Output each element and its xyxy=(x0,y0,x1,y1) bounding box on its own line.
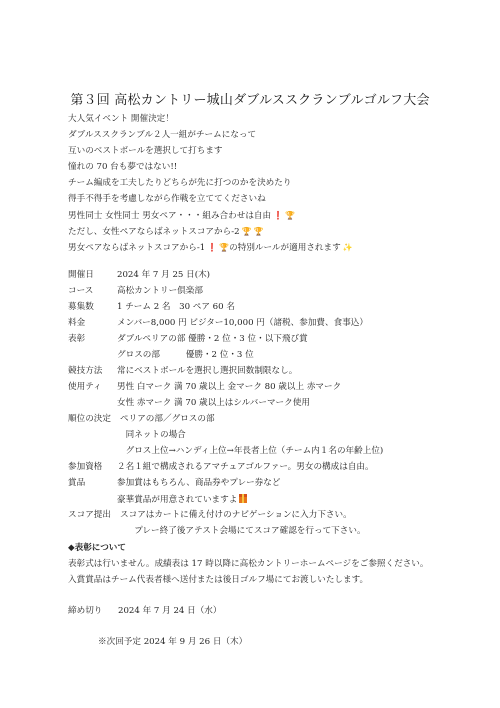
trophy-icon: 🏆 xyxy=(285,210,295,221)
intro-line: ただし、女性ペアならばネットスコアから-2🏆🏆 xyxy=(68,226,264,238)
detail-value: グロスの部 優勝・2 位・3 位 xyxy=(117,350,254,361)
award-section-line: 表彰式は行いません。成績表は 17 時以降に高松カントリーホームページをご参照く… xyxy=(68,559,429,570)
exclamation-icon: ❗ xyxy=(207,242,217,253)
detail-label: 表彰 xyxy=(68,334,85,345)
detail-value: 男性 白マーク 満 70 歳以上 金マーク 80 歳以上 赤マーク xyxy=(117,382,341,393)
detail-label: 開催日 xyxy=(68,270,94,281)
page-title: 第３回 高松カントリー城山ダブルススクランブルゴルフ大会 xyxy=(0,89,500,108)
detail-value: グロス上位→ハンディ上位→年長者上位（チーム内１名の年齢上位) xyxy=(117,446,383,457)
detail-value: 1 チーム 2 名 30 ペア 60 名 xyxy=(117,302,235,313)
detail-value: 参加賞はもちろん、商品券やプレー券など xyxy=(117,478,280,489)
intro-line: 男性同士 女性同士 男女ペア・・・組み合わせは自由❗🏆 xyxy=(68,210,295,222)
document-page: 第３回 高松カントリー城山ダブルススクランブルゴルフ大会 大人気イベント 開催決… xyxy=(0,0,500,708)
intro-line: 男女ペアならばネットスコアから-1❗🏆の特別ルールが適用されます✨ xyxy=(68,242,353,254)
intro-text: ただし、女性ペアならばネットスコアから-2 xyxy=(68,227,240,237)
detail-value: 2024 年 7 月 25 日(木) xyxy=(117,270,210,281)
exclamation-icon: ❗ xyxy=(273,210,283,221)
detail-label: 料金 xyxy=(68,318,85,329)
detail-value: メンバー8,000 円 ビジター10,000 円（諸税、参加費、食事込） xyxy=(117,318,368,329)
intro-line: ダブルススクランブル２人一組がチームになって xyxy=(68,130,256,141)
detail-value: 豪華賞品が用意されていますよ xyxy=(117,494,247,506)
intro-line: 得手不得手を考慮しながら作戦を立ててくださいね xyxy=(68,194,266,205)
intro-line: 互いのベストボールを選択して打ちます xyxy=(68,146,223,157)
detail-value: ２名１組で構成されるアマチュアゴルファー。男女の構成は自由。 xyxy=(117,462,374,473)
trophy-icon: 🏆 xyxy=(242,226,252,237)
detail-value: 高松カントリー倶楽部 xyxy=(117,286,203,297)
detail-value: 女性 赤マーク 満 70 歳以上はシルバーマーク使用 xyxy=(117,398,310,409)
next-event-note: ※次回予定 2024 年 9 月 26 日（木） xyxy=(98,637,247,648)
trophy-icon: 🏆 xyxy=(254,226,264,237)
detail-label: 順位の決定 xyxy=(68,414,111,425)
intro-text: の特別ルールが適用されます xyxy=(229,243,341,253)
intro-text: 憧れの 70 台も夢ではない xyxy=(68,162,170,172)
intro-text: 男女ペアならばネットスコアから-1 xyxy=(68,243,205,253)
intro-line: チーム編成を工夫したりどちらが先に打つのかを決めたり xyxy=(68,178,291,189)
sparkles-icon: ✨ xyxy=(343,242,353,253)
deadline-value: 2024 年 7 月 24 日（水） xyxy=(118,606,222,617)
detail-value: ダブルペリアの部 優勝・2 位・3 位・以下飛び賞 xyxy=(117,334,308,345)
detail-label: 競技方法 xyxy=(68,366,102,377)
detail-label: 参加資格 xyxy=(68,462,102,473)
detail-value: ペリアの部／グロスの部 xyxy=(120,414,215,425)
detail-label: 使用ティ xyxy=(68,382,102,393)
double-exclamation-icon: !! xyxy=(170,162,177,172)
detail-label: 募集数 xyxy=(68,302,94,313)
detail-text: 豪華賞品が用意されていますよ xyxy=(117,495,237,505)
trophy-icon: 🏆 xyxy=(219,242,229,253)
deadline-label: 締め切り xyxy=(68,606,102,617)
gift-icon xyxy=(239,494,247,503)
intro-text: 男性同士 女性同士 男女ペア・・・組み合わせは自由 xyxy=(68,211,271,221)
detail-value: 常にベストボールを選択し選択回数制限なし。 xyxy=(117,366,297,377)
detail-label: 賞品 xyxy=(68,478,85,489)
detail-label: コース xyxy=(68,286,93,297)
intro-line: 大人気イベント 開催決定！ xyxy=(68,114,174,125)
award-section-line: 入賞賞品はチーム代表者様へ送付または後日ゴルフ場にてお渡しいたします。 xyxy=(68,575,368,586)
award-section-heading: ◆表彰について xyxy=(68,543,126,554)
intro-line: 憧れの 70 台も夢ではない!! xyxy=(68,162,177,173)
detail-value: プレー終了後アテスト会場にてスコア確認を行って下さい。 xyxy=(117,526,366,537)
detail-label: スコア提出 xyxy=(68,510,111,521)
detail-value: 同ネットの場合 xyxy=(117,430,186,441)
detail-value: スコアはカートに備え付けのナビゲーションに入力下さい。 xyxy=(120,510,352,521)
